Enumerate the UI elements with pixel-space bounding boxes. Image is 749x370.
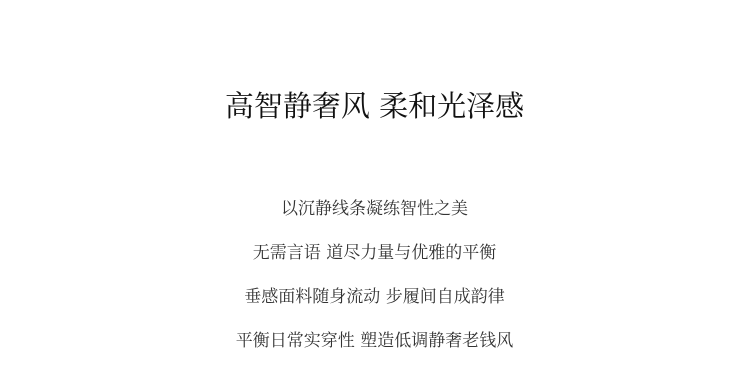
description-line-3: 垂感面料随身流动 步履间自成韵律 xyxy=(0,286,749,308)
page-title: 高智静奢风 柔和光泽感 xyxy=(0,86,749,126)
description-line-2: 无需言语 道尽力量与优雅的平衡 xyxy=(0,242,749,264)
description-line-1: 以沉静线条凝练智性之美 xyxy=(0,198,749,220)
description-line-4: 平衡日常实穿性 塑造低调静奢老钱风 xyxy=(0,330,749,352)
description-lines: 以沉静线条凝练智性之美 无需言语 道尽力量与优雅的平衡 垂感面料随身流动 步履间… xyxy=(0,198,749,370)
